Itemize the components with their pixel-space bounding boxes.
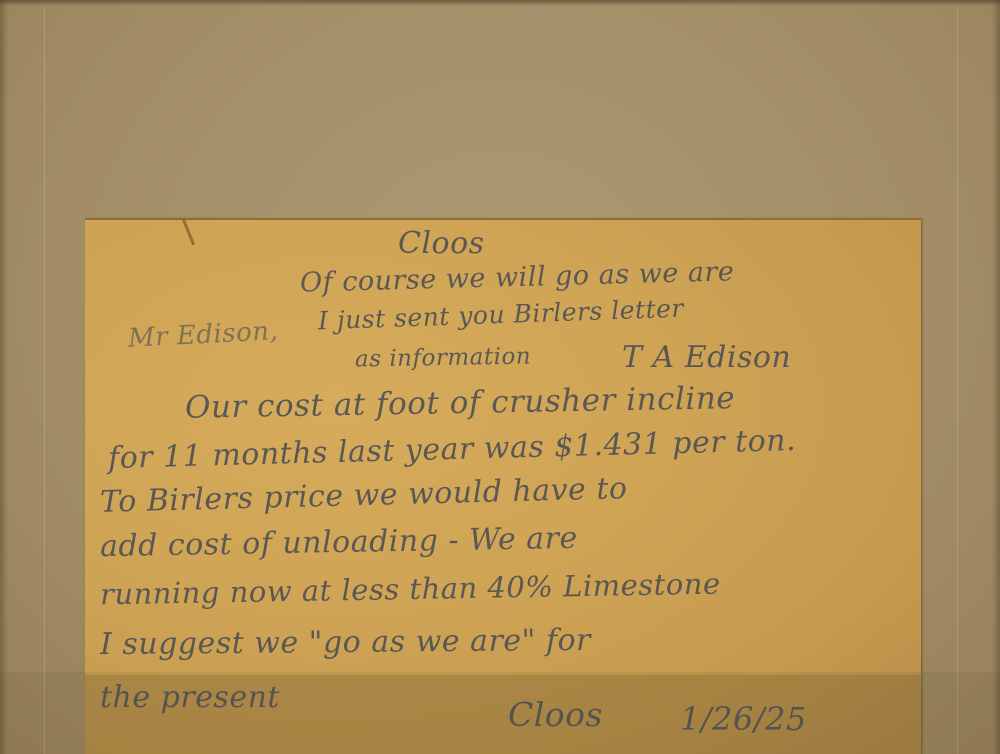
closing-date: 1/26/25 [680,700,807,738]
reply-line-3: as information [355,343,532,372]
body-line-7: the present [100,680,280,715]
header-name: Cloos [398,226,485,261]
body-line-6: I suggest we "go as we are" for [100,623,591,662]
closing-signature: Cloos [508,695,603,734]
edison-signature: T A Edison [622,340,791,375]
